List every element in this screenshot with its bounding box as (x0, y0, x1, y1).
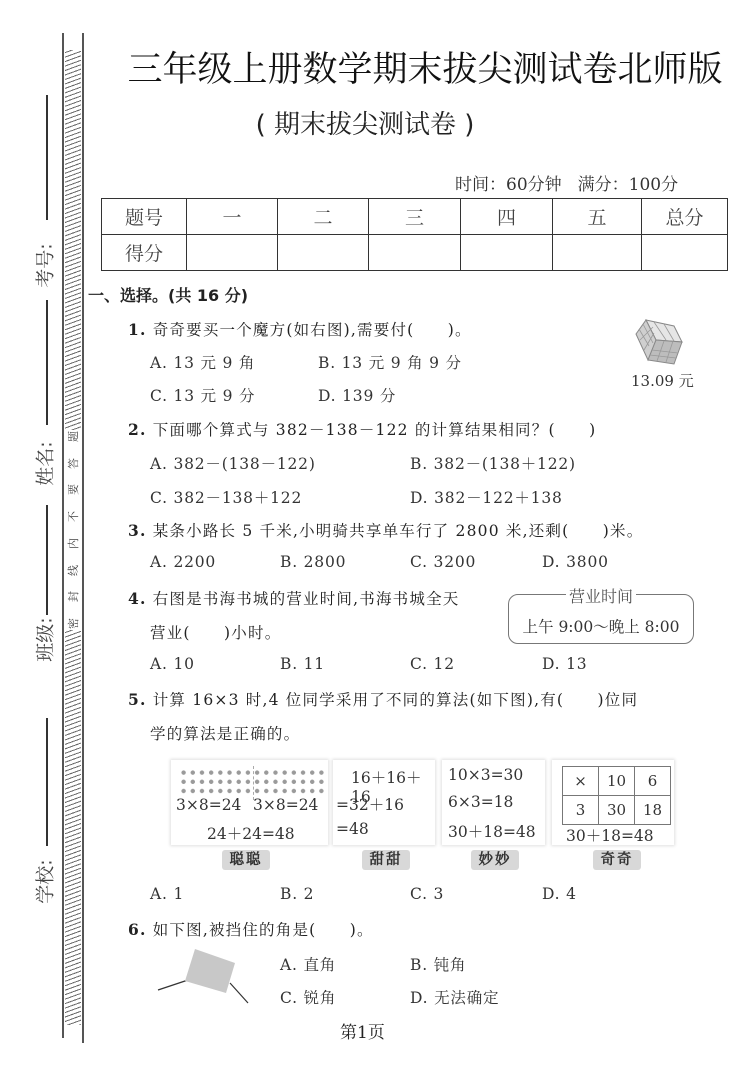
full-score: 满分：100分 (578, 175, 678, 195)
option-b[interactable]: B. 11 (280, 655, 325, 673)
option-d[interactable]: D. 139 分 (318, 384, 396, 406)
header-cell: 五 (553, 199, 642, 235)
score-cell[interactable] (461, 235, 553, 271)
option-b[interactable]: B. 2 (280, 885, 314, 903)
score-cell[interactable] (369, 235, 461, 271)
header-cell: 题号 (102, 199, 187, 235)
exam-number-line[interactable] (46, 95, 48, 220)
question-number: 4. (128, 589, 147, 608)
option-a[interactable]: A. 1 (150, 885, 184, 903)
cube-price: 13.09 元 (631, 370, 694, 391)
class-line[interactable] (46, 718, 48, 846)
question-4-line2: 营业( )小时。 (150, 621, 281, 643)
question-number: 5. (128, 690, 147, 709)
score-table-score-row: 得分 (102, 235, 728, 271)
header-cell: 三 (369, 199, 461, 235)
question-text: 某条小路长 5 千米,小明骑共享单车行了 2800 米,还剩( )米。 (153, 522, 644, 540)
option-a[interactable]: A. 13 元 9 角 (150, 351, 255, 373)
method-panel-miaomiao: 10×3=30 6×3=18 30＋18=48 (442, 760, 545, 845)
business-hours-box: 营业时间 上午 9:00～晚上 8:00 (508, 594, 694, 644)
header-cell: 总分 (642, 199, 728, 235)
hidden-angle-figure (150, 945, 260, 1010)
score-table-header-row: 题号 一 二 三 四 五 总分 (102, 199, 728, 235)
option-d[interactable]: D. 4 (542, 885, 577, 903)
option-d[interactable]: D. 3800 (542, 553, 609, 571)
question-text: 如下图,被挡住的角是( )。 (153, 921, 374, 939)
option-b[interactable]: B. 钝角 (410, 953, 466, 975)
seal-char: 密 (67, 618, 80, 629)
multiplication-grid: × 10 6 3 30 18 (562, 766, 671, 825)
exam-info: 时间：60分钟满分：100分 (455, 170, 678, 195)
seal-char: 内 (67, 538, 80, 549)
question-text: 奇奇要买一个魔方(如右图),需要付( )。 (153, 321, 472, 339)
rubiks-cube-icon (632, 318, 684, 368)
question-6: 6. 如下图,被挡住的角是( )。 (128, 918, 374, 940)
method-panel-tiantian: 16＋16＋16 =32＋16 =48 (333, 760, 435, 845)
margin-hatch-top (65, 50, 81, 430)
dot-divider (253, 766, 254, 800)
option-d[interactable]: D. 382－122＋138 (410, 486, 563, 508)
option-a[interactable]: A. 10 (150, 655, 195, 673)
option-c[interactable]: C. 锐角 (280, 986, 336, 1008)
name-line-lower[interactable] (46, 505, 48, 615)
score-row-label: 得分 (102, 235, 187, 271)
question-number: 2. (128, 420, 147, 439)
method-panel-congcong: 3×8=24 3×8=24 24＋24=48 (171, 760, 328, 845)
student-name-tag: 奇奇 (593, 850, 641, 870)
student-name-tag: 甜甜 (362, 850, 410, 870)
seal-char: 封 (67, 591, 80, 602)
option-d[interactable]: D. 13 (542, 655, 587, 673)
option-c[interactable]: C. 3 (410, 885, 444, 903)
question-text: 下面哪个算式与 382－138－122 的计算结果相同？( ) (153, 421, 597, 439)
option-a[interactable]: A. 直角 (280, 953, 336, 975)
exam-number-label: 考号: (31, 243, 58, 287)
page-subtitle: ( 期末拔尖测试卷 ) (100, 104, 630, 141)
class-label: 班级: (31, 617, 58, 661)
option-c[interactable]: C. 3200 (410, 553, 476, 571)
score-cell[interactable] (278, 235, 369, 271)
seal-char: 线 (67, 565, 80, 576)
score-cell[interactable] (642, 235, 728, 271)
header-cell: 二 (278, 199, 369, 235)
page-number: 第1页 (340, 1018, 385, 1043)
student-name-tag: 聪聪 (222, 850, 270, 870)
score-cell[interactable] (187, 235, 278, 271)
option-a[interactable]: A. 382－(138－122) (150, 452, 316, 474)
method-panel-qiqi: × 10 6 3 30 18 30＋18=48 (552, 760, 674, 845)
question-5: 5. 计算 16×3 时,4 位同学采用了不同的算法(如下图),有( )位同 (128, 688, 638, 710)
option-b[interactable]: B. 13 元 9 角 9 分 (318, 351, 462, 373)
option-b[interactable]: B. 382－(138＋122) (410, 452, 576, 474)
question-text: 计算 16×3 时,4 位同学采用了不同的算法(如下图),有( )位同 (153, 691, 638, 709)
time-limit: 时间：60分钟 (455, 175, 562, 195)
question-1: 1. 奇奇要买一个魔方(如右图),需要付( )。 (128, 318, 472, 340)
option-c[interactable]: C. 13 元 9 分 (150, 384, 255, 406)
option-b[interactable]: B. 2800 (280, 553, 346, 571)
name-line-upper[interactable] (46, 300, 48, 425)
seal-char: 题 (67, 431, 80, 442)
margin-hatch-bottom (65, 630, 81, 1025)
question-5-line2: 学的算法是正确的。 (150, 722, 300, 744)
question-text: 右图是书海书城的营业时间,书海书城全天 (153, 590, 460, 608)
seal-char: 不 (67, 511, 80, 522)
header-cell: 四 (461, 199, 553, 235)
question-2: 2. 下面哪个算式与 382－138－122 的计算结果相同？( ) (128, 418, 596, 440)
score-table: 题号 一 二 三 四 五 总分 得分 (101, 198, 728, 271)
page-title: 三年级上册数学期末拔尖测试卷北师版 (100, 42, 750, 92)
business-hours-title: 营业时间 (509, 584, 693, 607)
name-label: 姓名: (31, 441, 58, 485)
question-number: 3. (128, 521, 147, 540)
question-3: 3. 某条小路长 5 千米,小明骑共享单车行了 2800 米,还剩( )米。 (128, 519, 643, 541)
seal-char: 答 (67, 458, 80, 469)
seal-line-text: 题 答 要 不 内 线 封 密 (64, 430, 82, 630)
question-number: 1. (128, 320, 147, 339)
option-c[interactable]: C. 12 (410, 655, 455, 673)
option-a[interactable]: A. 2200 (150, 553, 216, 571)
option-d[interactable]: D. 无法确定 (410, 986, 499, 1008)
option-c[interactable]: C. 382－138＋122 (150, 486, 302, 508)
business-hours-text: 上午 9:00～晚上 8:00 (509, 615, 693, 637)
margin-inner-line (82, 33, 84, 1043)
seal-char: 要 (67, 484, 80, 495)
question-number: 6. (128, 920, 147, 939)
question-4: 4. 右图是书海书城的营业时间,书海书城全天 (128, 587, 459, 609)
score-cell[interactable] (553, 235, 642, 271)
header-cell: 一 (187, 199, 278, 235)
section-title: 一、选择。(共 16 分) (88, 283, 248, 306)
student-name-tag: 妙妙 (471, 850, 519, 870)
school-label: 学校: (31, 859, 58, 903)
